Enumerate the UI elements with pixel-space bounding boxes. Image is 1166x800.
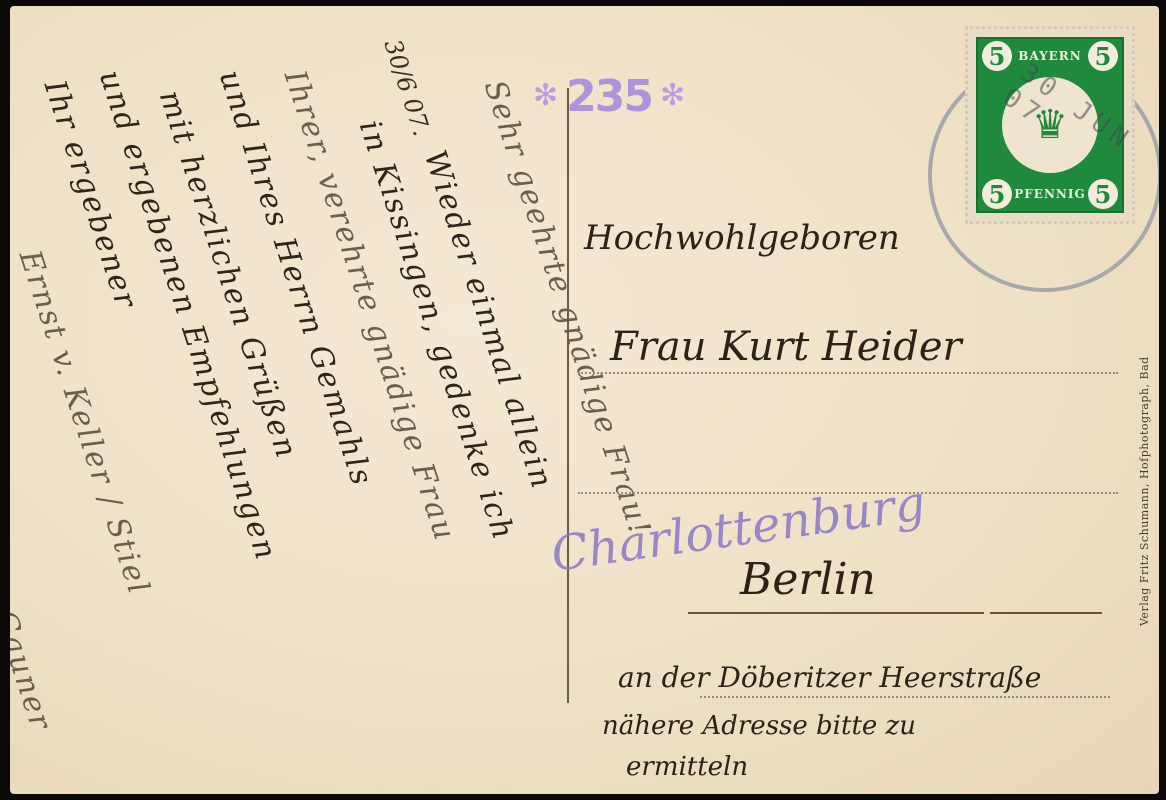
- message-line: Gauner: [10, 606, 59, 735]
- stamp-value: 5: [982, 179, 1012, 209]
- asterisk-ornament-icon: ✻: [660, 81, 685, 111]
- address-salutation: Hochwohlgeboren: [584, 218, 900, 258]
- archive-number-stamp: ✻ 235 ✻: [533, 61, 685, 131]
- address-city: Berlin: [740, 554, 876, 605]
- postcard-back: 30/6 07. Sehr geehrte gnädige Frau! Wied…: [10, 6, 1159, 794]
- stamp-value: 5: [982, 41, 1012, 71]
- center-divider: [567, 88, 569, 703]
- asterisk-ornament-icon: ✻: [533, 81, 558, 111]
- address-line-3: [700, 696, 1110, 698]
- city-underline-short: [990, 612, 1102, 614]
- stamp-value: 5: [1088, 41, 1118, 71]
- forwarding-line-1: an der Döberitzer Heerstraße: [618, 661, 1041, 694]
- publisher-imprint: Verlag Fritz Schumann, Hofphotograph, Ba…: [1138, 356, 1151, 626]
- forwarding-line-2: nähere Adresse bitte zu: [602, 711, 916, 741]
- archive-number: 235: [566, 71, 652, 122]
- address-recipient: Frau Kurt Heider: [610, 324, 962, 370]
- stamp-denomination: PFENNIG: [1014, 187, 1086, 201]
- address-line-1: [578, 372, 1118, 374]
- city-underline: [688, 612, 984, 614]
- handwritten-message: 30/6 07. Sehr geehrte gnädige Frau! Wied…: [10, 6, 570, 794]
- forwarding-line-3: ermitteln: [626, 752, 748, 782]
